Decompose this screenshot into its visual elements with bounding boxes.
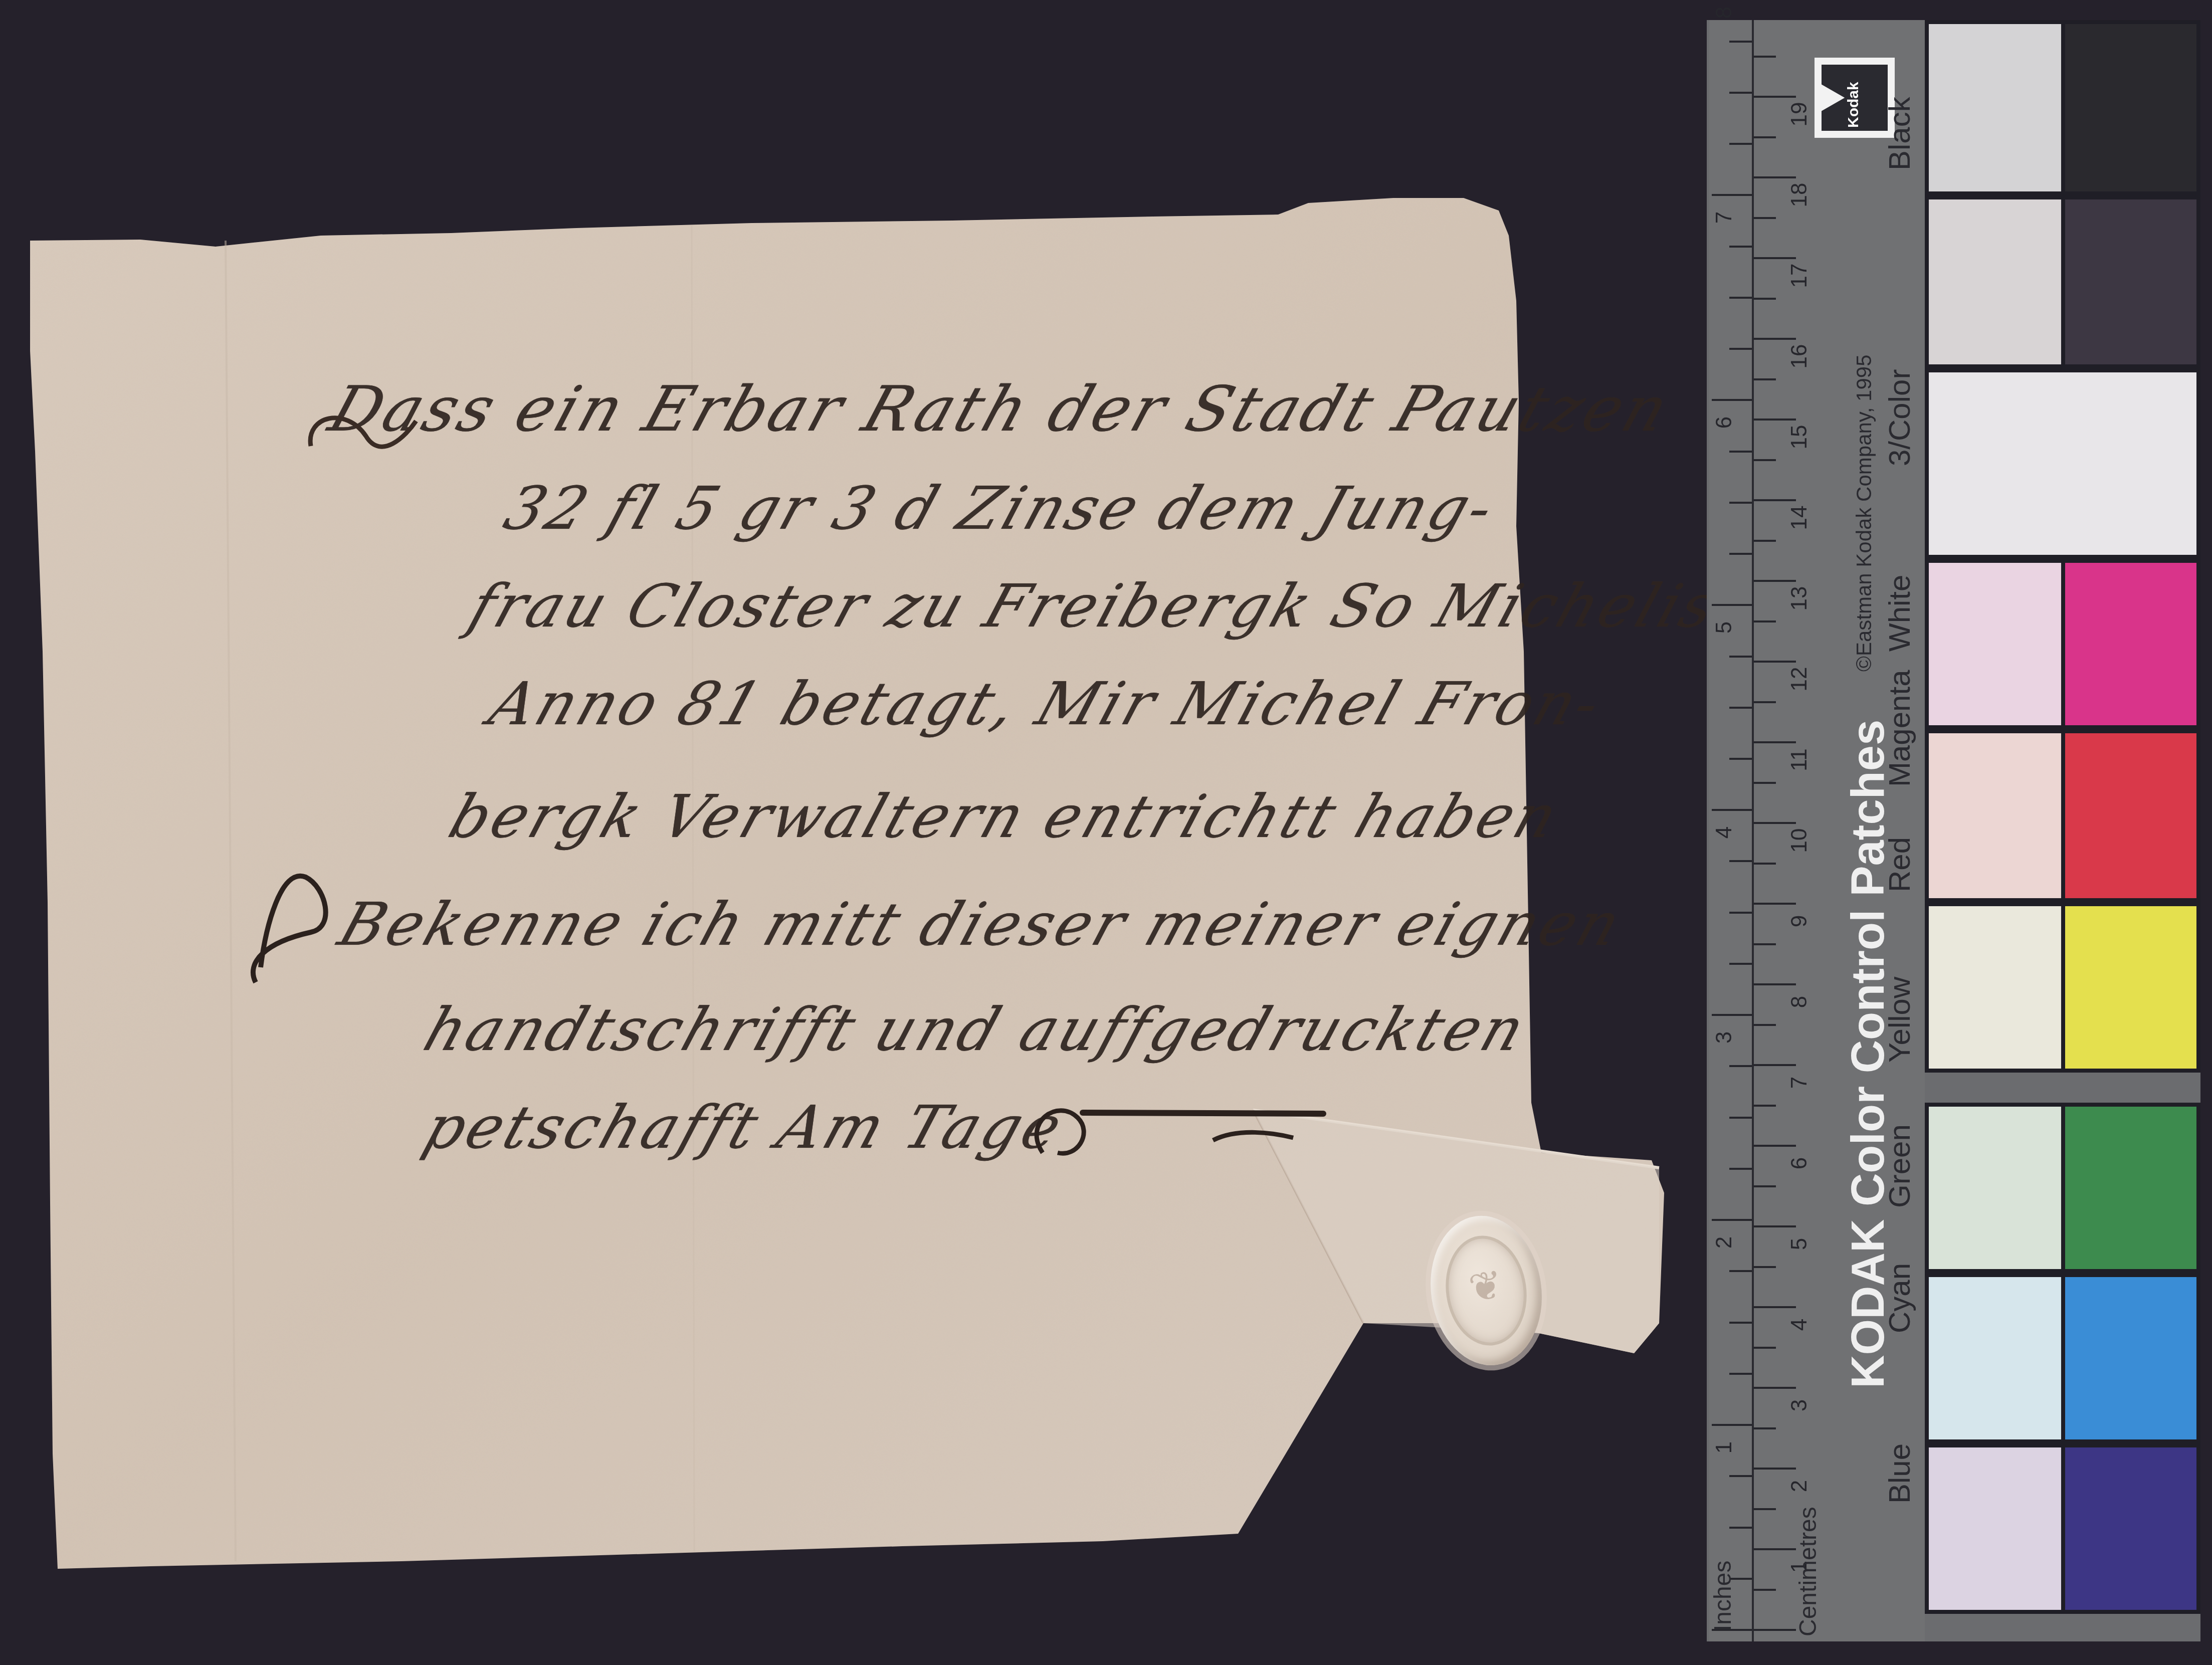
cm-tick [1753,217,1776,219]
inch-mark-label: 3 [1712,1017,1737,1058]
inch-tick [1729,41,1752,43]
cm-tick [1753,943,1776,945]
inch-tick [1729,707,1752,709]
cm-mark-label: 6 [1787,1143,1812,1183]
patch-yellow-light [1925,902,2065,1073]
inch-tick [1729,451,1752,453]
inch-tick [1712,604,1752,606]
cm-mark-label: 5 [1787,1224,1812,1264]
cm-mark-label: 8 [1787,982,1812,1022]
cm-tick [1753,1589,1776,1591]
cm-tick [1753,1508,1776,1510]
paper-sheet [0,0,1704,1665]
inch-tick [1729,758,1752,760]
inch-tick [1712,1014,1752,1016]
inch-mark-label: 7 [1712,197,1737,238]
inch-tick [1729,1168,1752,1170]
kodak-logo-text: Kodak [1845,82,1862,128]
inch-mark-label: 5 [1712,607,1737,648]
inch-tick [1729,1527,1752,1529]
seal-motif-icon: ❦ [1428,1256,1543,1317]
patch-blue-dark [2061,1443,2200,1614]
copyright-text: ©Eastman Kodak Company, 1995 [1852,354,1876,672]
inch-tick [1712,809,1752,811]
ruler-inches-label: Inches [1709,1561,1737,1631]
cm-mark-label: 3 [1787,1385,1812,1425]
patch-label-magenta: Magenta [1882,670,1917,787]
inch-tick [1729,1373,1752,1375]
patch-label-blue: Blue [1882,1443,1917,1504]
cm-mark-label: 14 [1787,498,1812,538]
inch-tick [1729,297,1752,299]
cm-mark-label: 17 [1787,256,1812,296]
cm-tick [1753,782,1776,784]
inch-tick [1729,1475,1752,1477]
inch-mark-label: 4 [1712,812,1737,853]
inch-tick [1712,1219,1752,1221]
patch-magenta-light [1925,559,2065,729]
patch-label-3-color: 3/Color [1882,369,1917,466]
inch-mark-label: 8 [1712,0,1737,33]
patch-yellow-dark [2061,902,2200,1073]
inch-tick [1729,912,1752,914]
inch-tick [1729,143,1752,145]
cm-tick [1753,56,1776,58]
patch-green-dark [2061,1103,2200,1273]
patch-label-green: Green [1882,1124,1917,1208]
cm-tick [1753,298,1776,300]
cm-mark-label: 4 [1787,1305,1812,1345]
inch-tick [1729,246,1752,248]
inch-tick [1729,502,1752,504]
cm-mark-label: 13 [1787,578,1812,618]
patch-black-light [1925,20,2065,195]
inch-tick [1729,553,1752,555]
cm-mark-label: 19 [1787,94,1812,134]
cm-mark-label: 2 [1787,1466,1812,1506]
patch-red-light [1925,729,2065,902]
patch-3-color-dark [2061,195,2200,368]
cm-tick [1753,1024,1776,1026]
patch-label-white: White [1882,575,1917,652]
cm-mark-label: 18 [1787,175,1812,215]
cm-tick [1753,540,1776,542]
cm-tick [1753,378,1776,380]
inch-tick [1712,1424,1752,1426]
cm-tick [1753,1347,1776,1349]
archival-scan: Dass ein Erbar Rath der Stadt Pautzen 32… [0,0,2212,1665]
cm-tick [1753,136,1776,138]
patch-cyan-light [1925,1273,2065,1443]
kodak-color-target: 1234567891011121314151617181912345678 Ko… [1707,20,2200,1641]
cm-tick [1753,1266,1776,1268]
patch-white [1925,368,2200,559]
inch-mark-label: 1 [1712,1427,1737,1468]
patch-cyan-dark [2061,1273,2200,1443]
cm-mark-label: 7 [1787,1063,1812,1103]
patch-green-light [1925,1103,2065,1273]
cm-tick [1753,863,1776,865]
cm-mark-label: 10 [1787,820,1812,861]
patch-3-color-light [1925,195,2065,368]
cm-mark-label: 12 [1787,659,1812,699]
ruler-cm-label: Centimetres [1794,1507,1822,1636]
patch-label-red: Red [1882,837,1917,892]
patch-label-yellow: Yellow [1882,977,1917,1063]
inch-tick [1729,92,1752,94]
cm-tick [1753,701,1776,703]
patch-red-dark [2061,729,2200,902]
inch-tick [1729,656,1752,658]
cm-mark-label: 9 [1787,901,1812,941]
inch-tick [1729,963,1752,965]
patch-black-dark [2061,20,2200,195]
patch-label-black: Black [1882,97,1917,170]
inch-tick [1712,399,1752,401]
patch-label-cyan: Cyan [1882,1263,1917,1333]
cm-mark-label: 11 [1787,740,1812,780]
inch-tick [1729,860,1752,862]
cm-tick [1753,1105,1776,1107]
cm-tick [1753,1427,1776,1429]
cm-tick [1753,459,1776,461]
patch-blue-light [1925,1443,2065,1614]
inch-tick [1729,1322,1752,1324]
inch-tick [1729,348,1752,350]
inch-tick [1712,194,1752,196]
patch-magenta-dark [2061,559,2200,729]
cm-tick [1753,1629,1796,1631]
inch-tick [1729,1270,1752,1272]
cm-tick [1753,1185,1776,1187]
inch-tick [1729,1117,1752,1119]
inch-mark-label: 2 [1712,1222,1737,1263]
ruler: 1234567891011121314151617181912345678 Ko… [1709,20,1925,1641]
cm-tick [1753,620,1776,622]
inch-mark-label: 6 [1712,402,1737,443]
cm-mark-label: 16 [1787,336,1812,376]
inch-tick [1729,1065,1752,1067]
cm-mark-label: 15 [1787,417,1812,457]
